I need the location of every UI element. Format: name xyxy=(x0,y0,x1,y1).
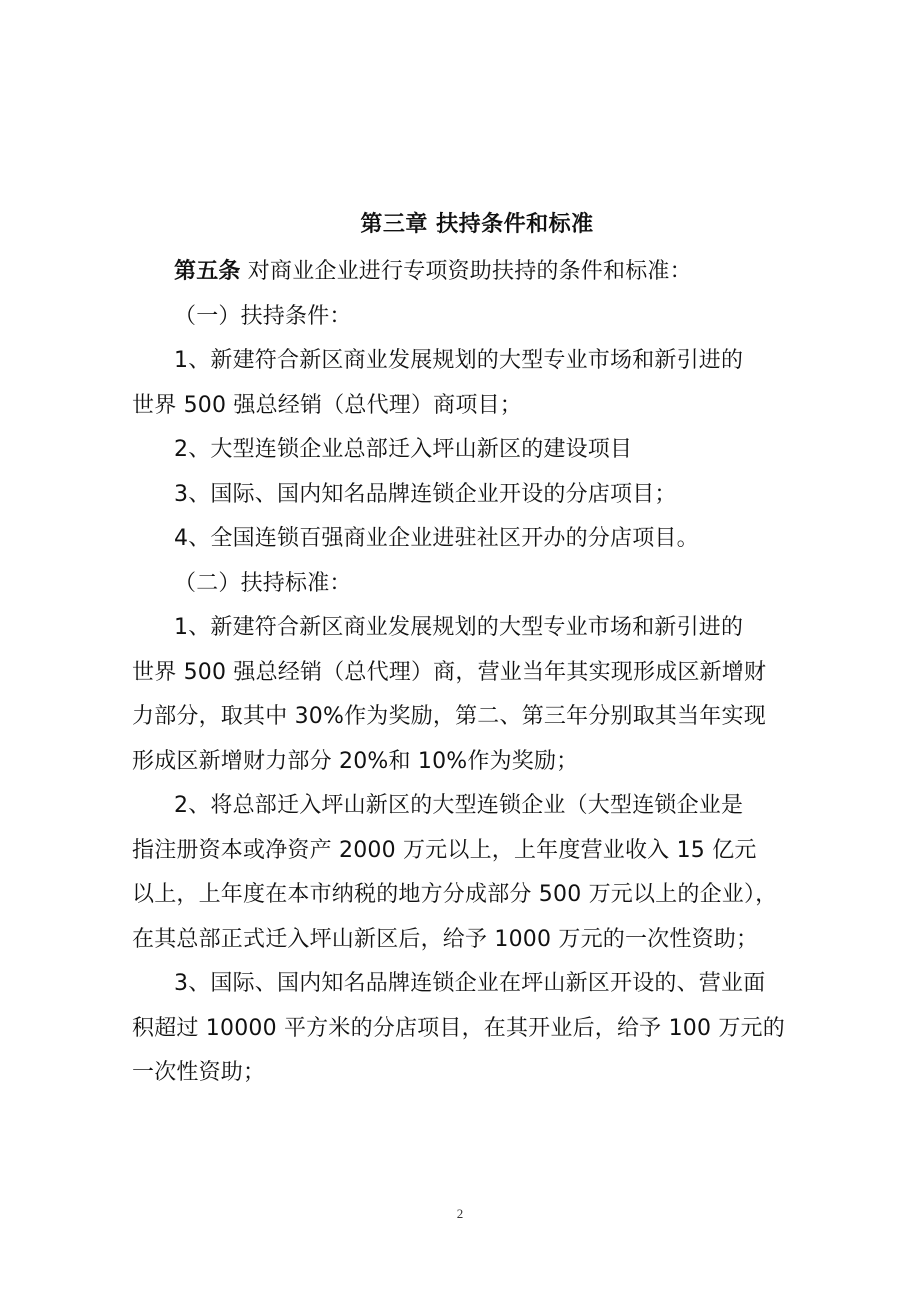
section-heading-standards: （二）扶持标准： xyxy=(132,562,812,607)
article-number: 第五条 xyxy=(174,259,241,284)
paragraph-line: 1、新建符合新区商业发展规划的大型专业市场和新引进的 xyxy=(132,339,812,384)
standard-item-1: 1、新建符合新区商业发展规划的大型专业市场和新引进的 世界 500 强总经销（总… xyxy=(132,606,812,784)
paragraph-line: 力部分，取其中 30%作为奖励，第二、第三年分别取其当年实现 xyxy=(132,695,812,740)
document-body: 第三章 扶持条件和标准 第五条 对商业企业进行专项资助扶持的条件和标准： （一）… xyxy=(132,200,812,1096)
article-text: 对商业企业进行专项资助扶持的条件和标准： xyxy=(241,259,692,284)
page-number: 2 xyxy=(0,1206,920,1222)
condition-item-1: 1、新建符合新区商业发展规划的大型专业市场和新引进的 世界 500 强总经销（总… xyxy=(132,339,812,428)
condition-item-4: 4、全国连锁百强商业企业进驻社区开办的分店项目。 xyxy=(132,517,812,562)
paragraph-line: 2、大型连锁企业总部迁入坪山新区的建设项目 xyxy=(132,428,812,473)
standard-item-3: 3、国际、国内知名品牌连锁企业在坪山新区开设的、营业面 积超过 10000 平方… xyxy=(132,962,812,1096)
paragraph-line: 世界 500 强总经销（总代理）商，营业当年其实现形成区新增财 xyxy=(132,651,812,696)
paragraph-line: 在其总部正式迁入坪山新区后，给予 1000 万元的一次性资助； xyxy=(132,918,812,963)
paragraph-line: 世界 500 强总经销（总代理）商项目； xyxy=(132,384,812,429)
paragraph-line: 3、国际、国内知名品牌连锁企业在坪山新区开设的、营业面 xyxy=(132,962,812,1007)
paragraph-line: 2、将总部迁入坪山新区的大型连锁企业（大型连锁企业是 xyxy=(132,784,812,829)
chapter-title: 第三章 扶持条件和标准 xyxy=(142,200,812,250)
paragraph-line: 3、国际、国内知名品牌连锁企业开设的分店项目； xyxy=(132,473,812,518)
document-page: 第三章 扶持条件和标准 第五条 对商业企业进行专项资助扶持的条件和标准： （一）… xyxy=(0,0,920,1302)
condition-item-3: 3、国际、国内知名品牌连锁企业开设的分店项目； xyxy=(132,473,812,518)
article-heading-line: 第五条 对商业企业进行专项资助扶持的条件和标准： xyxy=(132,250,812,295)
paragraph-line: 形成区新增财力部分 20%和 10%作为奖励； xyxy=(132,740,812,785)
paragraph-line: 一次性资助； xyxy=(132,1051,812,1096)
paragraph-line: 积超过 10000 平方米的分店项目，在其开业后，给予 100 万元的 xyxy=(132,1007,812,1052)
paragraph-line: 以上，上年度在本市纳税的地方分成部分 500 万元以上的企业）， xyxy=(132,873,812,918)
paragraph-line: 1、新建符合新区商业发展规划的大型专业市场和新引进的 xyxy=(132,606,812,651)
paragraph-line: 指注册资本或净资产 2000 万元以上，上年度营业收入 15 亿元 xyxy=(132,829,812,874)
paragraph-line: 4、全国连锁百强商业企业进驻社区开办的分店项目。 xyxy=(132,517,812,562)
section-heading-conditions: （一）扶持条件： xyxy=(132,295,812,340)
condition-item-2: 2、大型连锁企业总部迁入坪山新区的建设项目 xyxy=(132,428,812,473)
standard-item-2: 2、将总部迁入坪山新区的大型连锁企业（大型连锁企业是 指注册资本或净资产 200… xyxy=(132,784,812,962)
